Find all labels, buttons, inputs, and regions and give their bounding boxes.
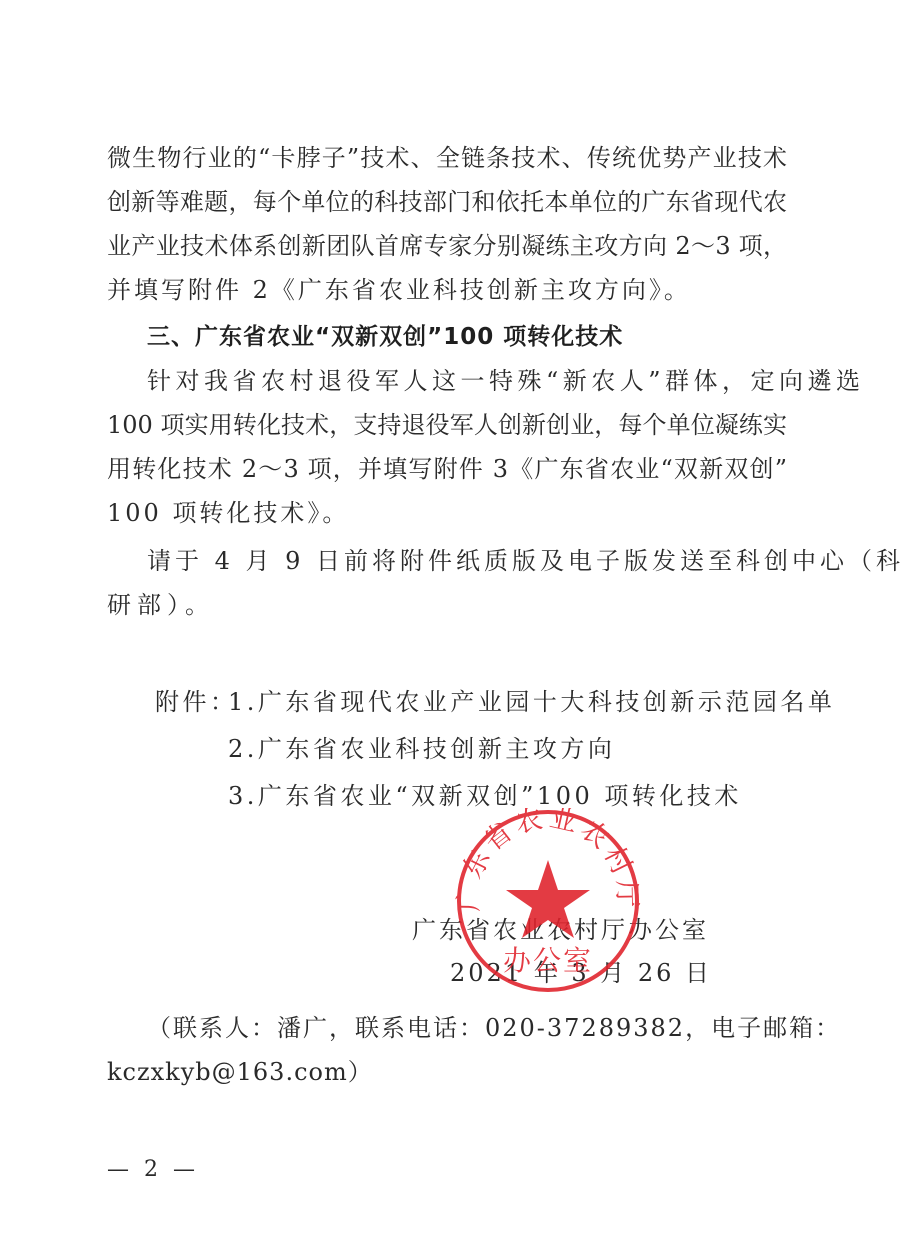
deadline-line: 请于 4 月 9 日前将附件纸质版及电子版发送至科创中心（科 [147,546,787,576]
page-number: — 2 — [107,1155,199,1185]
contact-line: （联系人：潘广，联系电话：020-37289382，电子邮箱： [147,1013,787,1043]
body-line: 微生物行业的“卡脖子”技术、全链条技术、传统优势产业技术 [107,143,787,173]
contact-line: kczxkyb@163.com） [107,1057,787,1087]
attachment-item-2: 2.广东省农业科技创新主攻方向 [228,734,615,764]
seal-outer-text: 广东省农业农村厅 [455,808,641,912]
body-line: 并填写附件 2《广东省农业科技创新主攻方向》。 [107,275,787,305]
attachment-item-3: 3.广东省农业“双新双创”100 项转化技术 [228,781,742,811]
section-heading: 三、广东省农业“双新双创”100 项转化技术 [147,322,827,352]
deadline-line: 研部）。 [107,590,787,620]
body-line: 针对我省农村退役军人这一特殊“新农人”群体，定向遴选 [147,366,787,396]
body-line: 用转化技术 2～3 项，并填写附件 3《广东省农业“双新双创” [107,454,787,484]
attachments-label: 附件： [155,687,238,717]
body-line: 业产业技术体系创新团队首席专家分别凝练主攻方向 2～3 项， [107,231,787,261]
attachment-item-1: 1.广东省现代农业产业园十大科技创新示范园名单 [228,687,835,717]
signature-date: 2021 年 3 月 26 日 [450,958,712,988]
body-line: 创新等难题，每个单位的科技部门和依托本单位的广东省现代农 [107,187,787,217]
body-line: 100 项转化技术》。 [107,498,787,528]
signature-organization: 广东省农业农村厅办公室 [412,915,709,945]
body-line: 100 项实用转化技术，支持退役军人创新创业，每个单位凝练实 [107,410,787,440]
document-page: 微生物行业的“卡脖子”技术、全链条技术、传统优势产业技术 创新等难题，每个单位的… [0,0,900,1240]
